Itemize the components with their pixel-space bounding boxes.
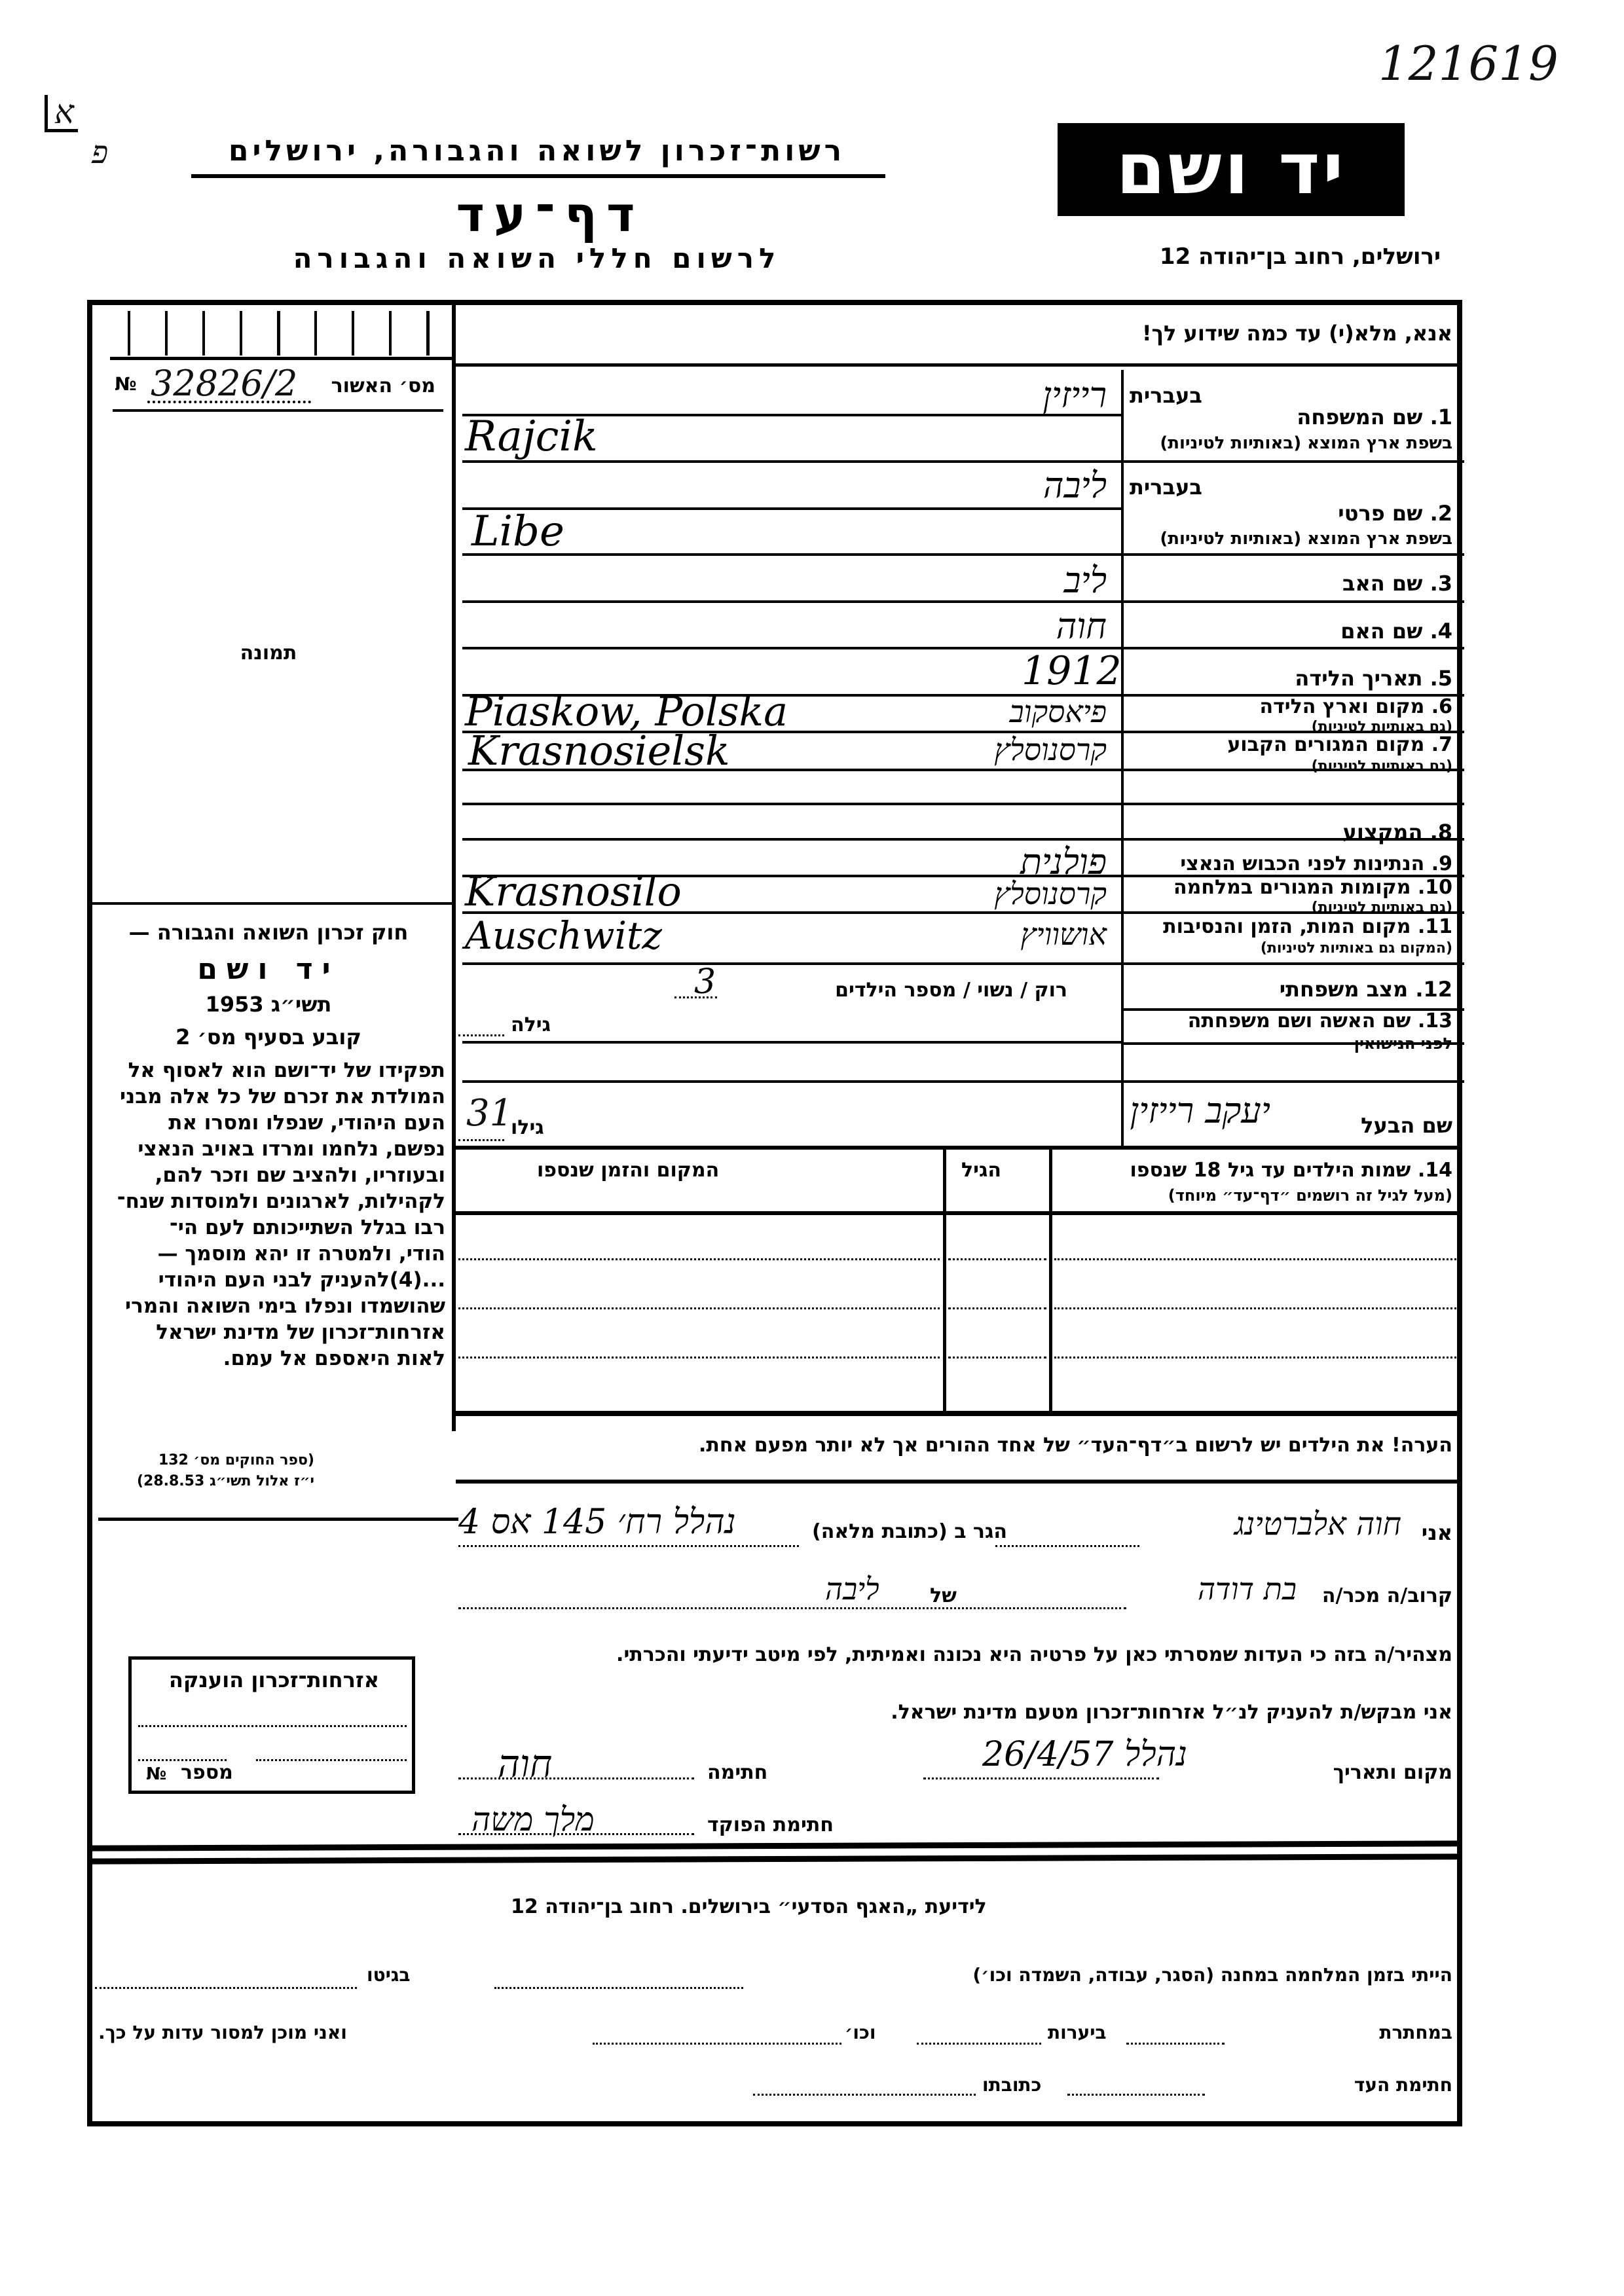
form-subtitle: לרשום חללי השואה והגבורה <box>262 242 812 274</box>
instruction-rule <box>456 363 1462 367</box>
field-7-latin-value[interactable]: Krasnosielsk <box>468 727 730 774</box>
law-body: תפקידו של יד־ושם הוא לאסוף אל המולדת את … <box>98 1057 445 1372</box>
col-header-place: המקום והזמן שנספו <box>537 1159 719 1182</box>
decl-signature-label: חתימה <box>707 1761 767 1784</box>
law-yadvashem: יד ושם <box>105 953 432 986</box>
bottom-forests-label: ביערות <box>1048 2022 1107 2043</box>
form-title: דף־עד <box>413 187 688 243</box>
field-11-latin-value[interactable]: Auschwitz <box>465 913 662 958</box>
field-3-value[interactable]: ליב <box>1064 560 1107 601</box>
yad-vashem-logo: יד ושם <box>1058 123 1405 216</box>
law-footnote-2: י״ז אלול תשי״ג 28.8.53) <box>98 1473 314 1489</box>
field-2-latin-value[interactable]: Libe <box>471 507 564 556</box>
bottom-address-label: כתובתו <box>982 2074 1041 2096</box>
field-6-label: 6. מקום וארץ הלידה <box>1260 695 1452 718</box>
field-2-hebrew-tag: בעברית <box>1130 475 1202 500</box>
photo-label: תמונה <box>131 642 406 665</box>
field-11-sub: (המקום גם באותיות לטיניות) <box>1261 940 1452 957</box>
field-13-label: 13. שם האשה ושם משפחתה <box>1188 1010 1452 1032</box>
field-13-sub: לפני הנישואין <box>1354 1034 1452 1053</box>
field-10-sub: (גם באותיות לטיניות) <box>1312 900 1452 916</box>
declarant-of-value[interactable]: ליבה <box>825 1571 879 1607</box>
law-footnote-1: (ספר החוקים מס׳ 132 <box>98 1452 314 1468</box>
corner-mark: א <box>45 95 78 132</box>
husband-age-value[interactable]: 31 <box>466 1092 513 1135</box>
photo-bottom-rule <box>92 902 454 905</box>
field-6-hebrew-value[interactable]: פיאסקוב <box>1010 694 1107 729</box>
declarant-address[interactable]: נהלל רח׳ 145 אס 4 <box>458 1503 736 1542</box>
note: הערה! את הילדים יש לרשום ב״דף־העד״ של אח… <box>699 1434 1452 1457</box>
decl-residing: הגר ב (כתובת מלאה) <box>812 1520 1007 1543</box>
decl-of-label: של <box>930 1584 957 1607</box>
field-4-label: 4. שם האם <box>1340 619 1452 644</box>
children-table-sub: (מעל לגיל זה רושמים ״דף־עד״ מיוחד) <box>1168 1186 1452 1205</box>
header-address: ירושלים, רחוב בן־יהודה 12 <box>1107 244 1441 270</box>
law-section: קובע בסעיף מס׳ 2 <box>105 1025 432 1049</box>
field-2-hebrew-value[interactable]: ליבה <box>1043 465 1107 506</box>
no-symbol: № <box>115 373 137 395</box>
approval-bottom-rule <box>113 409 443 412</box>
corner-mark-2: פ <box>92 134 108 171</box>
left-column-divider <box>452 305 456 1431</box>
approval-number-value[interactable]: 32826/2 <box>151 363 297 404</box>
approval-number-field: № 32826/2 מס׳ האשור <box>115 367 449 406</box>
citizenship-title: אזרחות־זכרון הוענקה <box>169 1667 379 1692</box>
field-5-value[interactable]: 1912 <box>1022 648 1122 694</box>
field-7-sub: (גם באותיות לטיניות) <box>1312 758 1452 774</box>
husband-label: שם הבעל <box>1361 1113 1452 1138</box>
authority-title: רשות־זכרון לשואה והגבורה, ירושלים <box>190 134 884 168</box>
husband-name-value[interactable]: יעקב רייזין <box>1130 1090 1270 1131</box>
field-10-label: 10. מקומות המגורים במלחמה <box>1173 876 1452 899</box>
law-year: תשי״ג 1953 <box>105 992 432 1017</box>
field-2-label: 2. שם פרטי <box>1338 501 1452 526</box>
field-4-value[interactable]: חוה <box>1056 606 1107 647</box>
field-7-hebrew-value[interactable]: קרסנוסלץ <box>994 732 1107 767</box>
field-1-latin-value[interactable]: Rajcik <box>465 412 598 461</box>
decl-officer-label: חתימת הפוקד <box>707 1813 834 1836</box>
field-1-hebrew-value[interactable]: רייזין <box>1043 374 1107 416</box>
table-row[interactable] <box>458 1218 1460 1257</box>
decl-request: אני מבקש/ת להעניק לנ״ל אזרחות־זכרון מטעם… <box>891 1701 1452 1724</box>
citizenship-box: אזרחות־זכרון הוענקה № מספר <box>128 1656 415 1794</box>
citizenship-number-label: מספר <box>181 1761 233 1784</box>
col-header-age: הגיל <box>961 1159 1001 1182</box>
approval-number-label: מס׳ האשור <box>331 374 435 397</box>
field-10-latin-value[interactable]: Krasnosilo <box>465 867 682 915</box>
bottom-camp-label: הייתי בזמן המלחמה במחנה (הסגר, עבודה, הש… <box>972 1964 1452 1986</box>
field-7-label: 7. מקום המגורים הקבוע <box>1227 733 1452 756</box>
marital-options[interactable]: רוק / נשוי / מספר הילדים <box>835 979 1067 1002</box>
table-row[interactable] <box>458 1267 1460 1306</box>
note-rule <box>456 1480 1462 1484</box>
approval-top-rule <box>110 357 454 360</box>
field-8-label: 8. המקצוע <box>1343 820 1452 845</box>
declarant-place-date[interactable]: נהלל 26/4/57 <box>982 1735 1187 1774</box>
wife-age-label: גילה <box>511 1013 551 1036</box>
archive-number: 121619 <box>1378 36 1559 91</box>
header-underline <box>191 174 885 178</box>
field-9-label: 9. הנתינות לפני הכבוש הנאצי <box>1180 852 1452 875</box>
field-11-label: 11. מקום המות, הזמן והנסיבות <box>1163 915 1452 938</box>
children-count[interactable]: 3 <box>694 962 716 1002</box>
bottom-underground-label: במחתרת <box>1379 2022 1452 2043</box>
bottom-etc-label: וכו׳ <box>845 2022 876 2043</box>
label-column-divider <box>1121 370 1124 1148</box>
decl-i-am: אני <box>1422 1520 1452 1545</box>
field-1-label: 1. שם המשפחה <box>1297 405 1452 429</box>
bottom-ghetto-label: בגיטו <box>367 1964 410 1986</box>
citizenship-no-symbol: № <box>146 1764 166 1784</box>
husband-age-label: גילו <box>511 1116 544 1139</box>
field-1-sub: בשפת ארץ המוצא (באותיות לטיניות) <box>1160 433 1452 453</box>
decl-place-date-label: מקום ותאריך <box>1333 1761 1452 1784</box>
field-12-label: 12. מצב משפחתי <box>1280 977 1452 1002</box>
decl-statement: מצהיר/ה בזה כי העדות שמסרתי כאן על פרטיה… <box>616 1643 1452 1666</box>
bottom-witness-sign-label: חתימת העד <box>1354 2074 1452 2096</box>
decl-relative-label: קרוב/ה מכר/ה <box>1322 1584 1452 1607</box>
instruction: אנא, מלא(י) עד כמה שידוע לך! <box>1142 321 1452 346</box>
field-2-sub: בשפת ארץ המוצא (באותיות לטיניות) <box>1160 529 1452 549</box>
bottom-info: לידיעת „האגף הסדעי״ בירושלים. רחוב בן־יה… <box>511 1895 987 1918</box>
declarant-name[interactable]: חוה אלברטינג <box>1234 1506 1401 1542</box>
logo-text: יד ושם <box>1116 134 1346 205</box>
field-3-label: 3. שם האב <box>1342 571 1452 596</box>
bottom-willing-label: ואני מוכן למסור עדות על כך. <box>98 2022 347 2043</box>
field-1-hebrew-tag: בעברית <box>1130 383 1202 408</box>
table-row[interactable] <box>458 1316 1460 1355</box>
declarant-relation[interactable]: בת דודה <box>1198 1571 1297 1607</box>
children-table-label: 14. שמות הילדים עד גיל 18 שנספו <box>1130 1159 1452 1182</box>
law-title: חוק זכרון השואה והגבורה — <box>105 920 432 945</box>
field-11-hebrew-value[interactable]: אושוויץ <box>1020 917 1107 952</box>
field-10-hebrew-value[interactable]: קרסנוסלץ <box>994 876 1107 911</box>
law-bottom-rule <box>98 1518 458 1521</box>
table-row[interactable] <box>458 1365 1460 1404</box>
field-5-label: 5. תאריך הלידה <box>1295 666 1452 691</box>
